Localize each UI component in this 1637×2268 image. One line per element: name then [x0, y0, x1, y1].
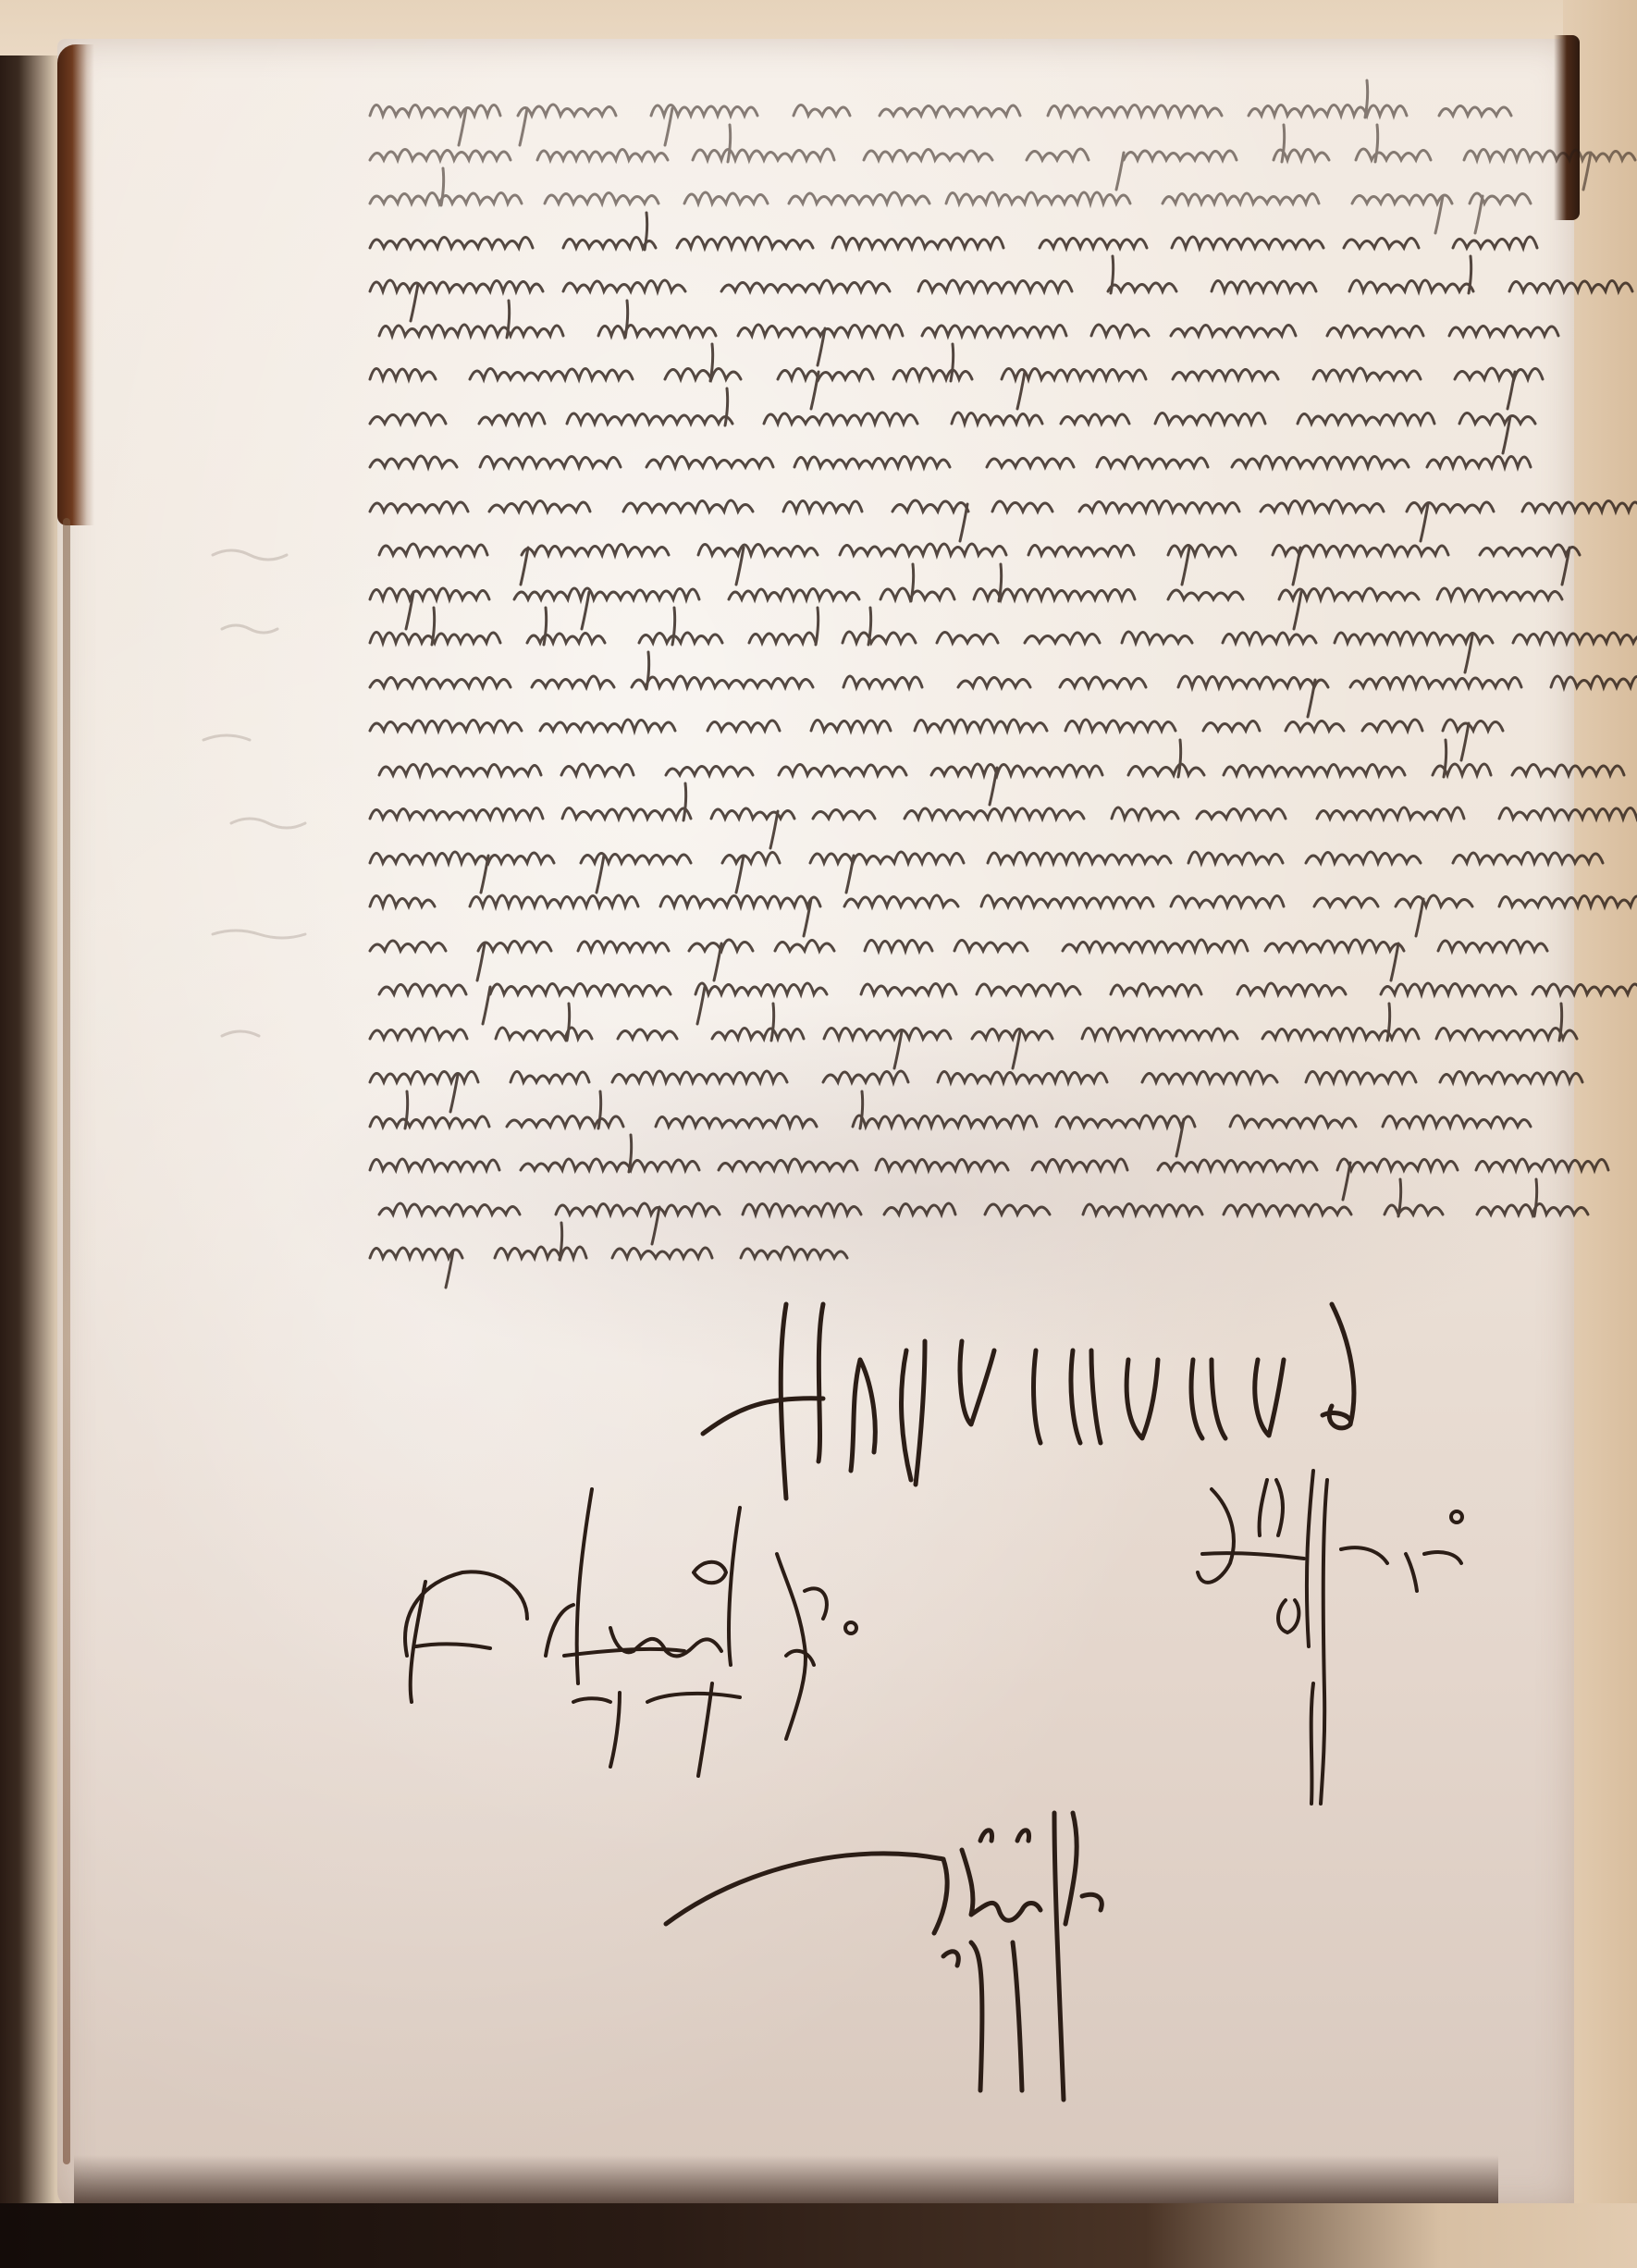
- manuscript-line: … (line 26): [370, 1187, 1572, 1231]
- manuscript-line: … (line 21): [370, 967, 1572, 1011]
- signature-right-stroke: [1175, 1461, 1563, 1813]
- manuscript-line: … (line 25): [370, 1142, 1572, 1187]
- script-stroke: [370, 791, 1563, 835]
- manuscript-line: … (line 19): [370, 879, 1572, 923]
- script-stroke: [370, 747, 1563, 792]
- manuscript-line: … (line 20): [370, 923, 1572, 968]
- manuscript-line: … dudit … (line 2): [370, 132, 1572, 177]
- signature-bottom-stroke: [666, 1794, 1184, 2090]
- script-stroke: [370, 879, 1563, 923]
- script-stroke: [370, 967, 1563, 1011]
- manuscript-line: … (line 23): [370, 1054, 1572, 1099]
- script-stroke: [370, 1099, 1563, 1143]
- manuscript-line: … (line 13): [370, 615, 1572, 659]
- manuscript-line: … (line 24): [370, 1099, 1572, 1143]
- manuscript-line: … (line 22): [370, 1011, 1572, 1055]
- script-stroke: [370, 615, 1563, 659]
- signature-bottom: Thuot: [666, 1794, 1184, 2094]
- script-stroke: [370, 132, 1563, 177]
- bleed-through-marks: [194, 518, 342, 1073]
- manuscript-line: … (line 14): [370, 659, 1572, 704]
- script-stroke: [370, 220, 1563, 265]
- script-stroke: [370, 176, 1563, 220]
- script-stroke: [370, 396, 1563, 440]
- signature-right: Dolbeau pr. cur.: [1175, 1461, 1563, 1817]
- signature-main-stroke: [684, 1286, 1535, 1489]
- manuscript-line: … (line 11): [370, 527, 1572, 572]
- manuscript-line: … (line 9): [370, 439, 1572, 484]
- burnt-edge-left: [57, 44, 94, 525]
- script-stroke: [370, 703, 1563, 747]
- signature-left: Scheurer p. rapport: [388, 1471, 962, 1780]
- manuscript-line: … (line 16): [370, 747, 1572, 792]
- script-stroke: [370, 527, 1563, 572]
- script-stroke: [370, 1142, 1563, 1187]
- backdrop-right: [1563, 0, 1637, 2268]
- manuscript-line: … (line 7): [370, 351, 1572, 396]
- backdrop-bottom: [0, 2203, 1637, 2268]
- script-stroke: [370, 923, 1563, 968]
- script-stroke: [370, 439, 1563, 484]
- script-stroke: [370, 88, 1563, 132]
- script-stroke: [370, 308, 1563, 352]
- manuscript-line: … (line 3): [370, 176, 1572, 220]
- script-stroke: [370, 264, 1563, 308]
- manuscript-line: … (line 10): [370, 484, 1572, 528]
- manuscript-line: … (line 12): [370, 572, 1572, 616]
- page-fold-edge: [63, 518, 70, 2164]
- script-stroke: [370, 659, 1563, 704]
- script-stroke: [370, 484, 1563, 528]
- manuscript-line: … (line 6): [370, 308, 1572, 352]
- script-stroke: [370, 1054, 1563, 1099]
- script-stroke: [370, 1187, 1563, 1231]
- manuscript-line: … (line 8): [370, 396, 1572, 440]
- script-stroke: [370, 572, 1563, 616]
- manuscript-line: … (line 5): [370, 264, 1572, 308]
- script-stroke: [370, 835, 1563, 880]
- manuscript-line: … (line 15): [370, 703, 1572, 747]
- manuscript-line: … (line 4): [370, 220, 1572, 265]
- manuscript-line: …ment par ledit … ledit … (line 1): [370, 88, 1572, 132]
- script-stroke: [370, 1230, 1563, 1275]
- manuscript-body: …ment par ledit … ledit … (line 1)… dudi…: [370, 88, 1572, 1275]
- script-stroke: [370, 1011, 1563, 1055]
- manuscript-line: … (line 27): [370, 1230, 1572, 1275]
- signature-left-stroke: [388, 1471, 962, 1776]
- manuscript-line: … (line 18): [370, 835, 1572, 880]
- manuscript-line: … (line 17): [370, 791, 1572, 835]
- script-stroke: [370, 351, 1563, 396]
